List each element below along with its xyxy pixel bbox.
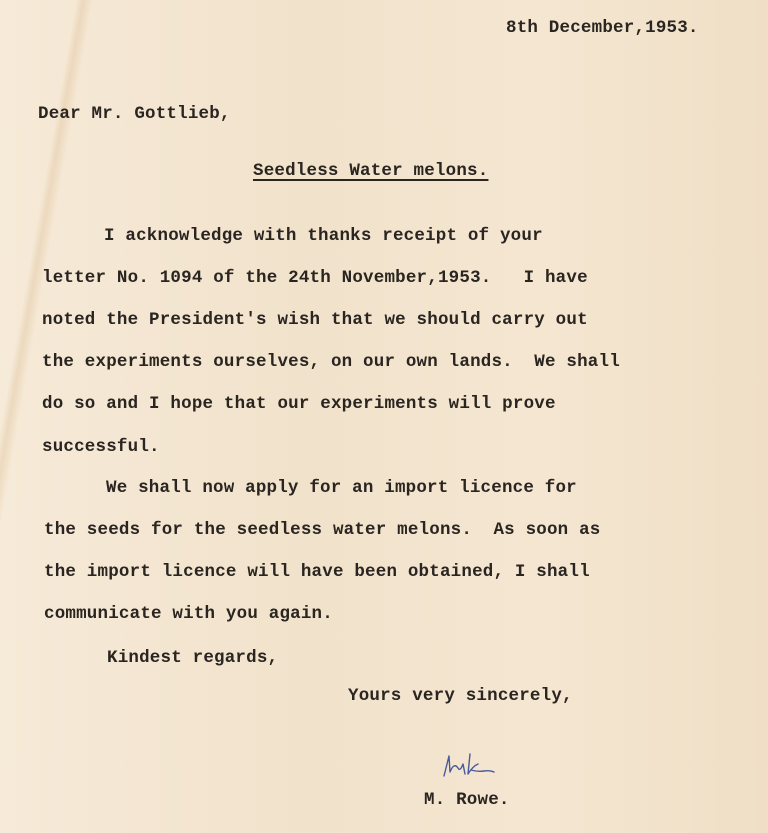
typed-name: M. Rowe. bbox=[424, 790, 510, 810]
signature-icon bbox=[440, 750, 500, 780]
letter-date: 8th December,1953. bbox=[506, 18, 699, 38]
paragraph-line: the import licence will have been obtain… bbox=[44, 562, 590, 582]
subject-heading: Seedless Water melons. bbox=[253, 161, 488, 181]
valediction: Yours very sincerely, bbox=[348, 686, 573, 706]
salutation: Dear Mr. Gottlieb, bbox=[38, 104, 231, 124]
paragraph-line: letter No. 1094 of the 24th November,195… bbox=[42, 268, 588, 288]
paragraph-line: the experiments ourselves, on our own la… bbox=[42, 352, 620, 372]
letter-page: 8th December,1953. Dear Mr. Gottlieb, Se… bbox=[0, 0, 768, 833]
paragraph-line: We shall now apply for an import licence… bbox=[106, 478, 577, 498]
paragraph-line: noted the President's wish that we shoul… bbox=[42, 310, 588, 330]
paragraph-line: do so and I hope that our experiments wi… bbox=[42, 394, 556, 414]
paragraph-line: I acknowledge with thanks receipt of you… bbox=[104, 226, 543, 246]
closing: Kindest regards, bbox=[107, 648, 278, 668]
paragraph-line: the seeds for the seedless water melons.… bbox=[44, 520, 601, 540]
paragraph-line: communicate with you again. bbox=[44, 604, 333, 624]
paragraph-line: successful. bbox=[42, 437, 160, 457]
